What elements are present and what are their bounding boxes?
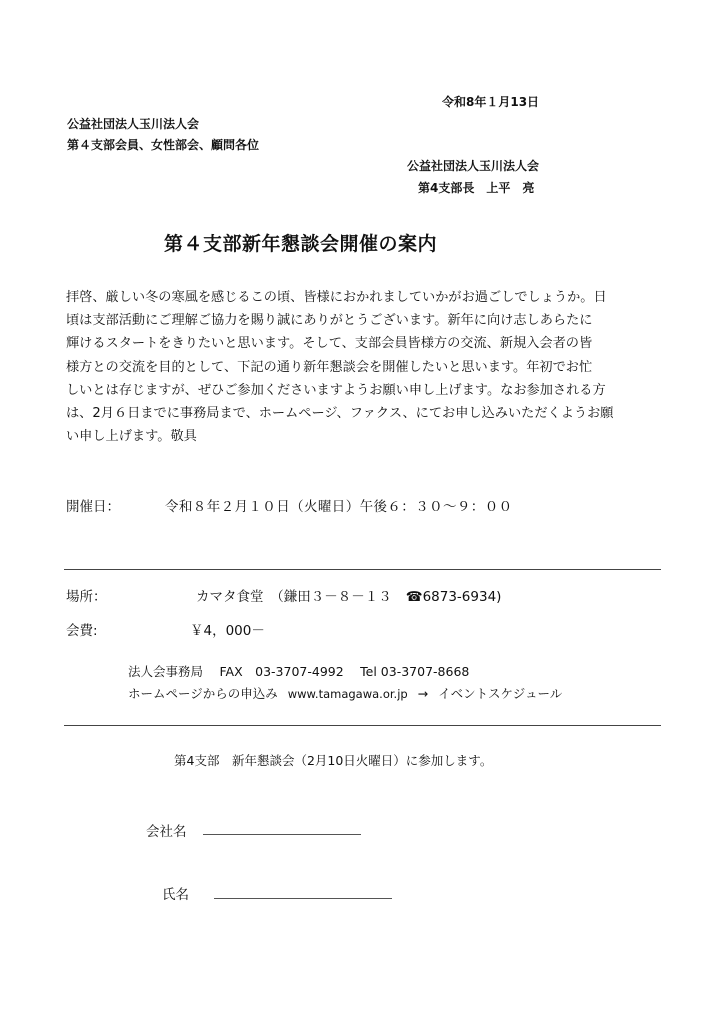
web-application: ホームページからの申込み www.tamagawa.or.jp → イベントスケ… [128,684,562,702]
company-name-field[interactable] [203,834,361,835]
recipient-members: 第４支部会員、女性部会、顧問各位 [67,136,259,153]
divider-bottom [64,725,661,726]
document-date: 令和8年１月13日 [442,93,539,110]
venue-label: 場所： [66,585,107,605]
person-name-label: 氏名 [162,883,189,903]
body-line: 拝啓、厳しい冬の寒風を感じるこの頃、皆様におかれましていかがお過ごしでしょうか。… [66,286,666,309]
venue-phone: 6873-6934) [423,589,502,605]
body-line: 様方との交流を目的として、下記の通り新年懇談会を開催したいと思います。年初でお忙 [66,356,666,379]
body-line: い申し上げます。敬具 [66,425,666,448]
venue-address: カマタ食堂 （鎌田３－８－１３ [196,589,392,605]
fee-value: ￥4，000－ [190,619,265,639]
recipient-organization: 公益社団法人玉川法人会 [67,115,199,132]
phone-icon: ☎ [406,589,423,605]
letter-body: 拝啓、厳しい冬の寒風を感じるこの頃、皆様におかれましていかがお過ごしでしょうか。… [66,286,666,448]
participation-statement: 第4支部 新年懇談会（2月10日火曜日）に参加します。 [174,751,492,769]
page-title: 第４支部新年懇談会開催の案内 [164,229,437,256]
event-schedule-link[interactable]: イベントスケジュール [438,686,562,701]
body-line: は、2月６日までに事務局まで、ホームページ、ファクス、にてお申し込みいただくよう… [66,402,666,425]
divider-top [64,569,661,570]
fee-label: 会費: [66,619,98,639]
event-date-label: 開催日： [66,495,120,515]
body-line: 輝けるスタートをきりたいと思います。そして、支部会員皆様方の交流、新規入会者の皆 [66,332,666,355]
body-line: しいとは存じますが、ぜひご参加くださいますようお願い申し上げます。なお参加される… [66,379,666,402]
body-line: 頃は支部活動にご理解ご協力を賜り誠にありがとうございます。新年に向け志しあらたに [66,309,666,332]
arrow-right-icon: → [418,686,428,701]
office-contact: 法人会事務局 FAX 03-3707-4992 Tel 03-3707-8668 [128,662,469,680]
web-application-label: ホームページからの申込み [128,686,278,701]
event-date-value: 令和８年２月１０日（火曜日）午後６：３０～９：００ [165,495,513,515]
company-name-label: 会社名 [146,820,187,840]
venue-value: カマタ食堂 （鎌田３－８－１３☎6873-6934) [196,585,501,605]
person-name-field[interactable] [214,898,392,899]
sender-name: 第4支部長 上平 亮 [418,179,534,196]
website-link[interactable]: www.tamagawa.or.jp [288,687,408,701]
sender-organization: 公益社団法人玉川法人会 [407,157,539,174]
